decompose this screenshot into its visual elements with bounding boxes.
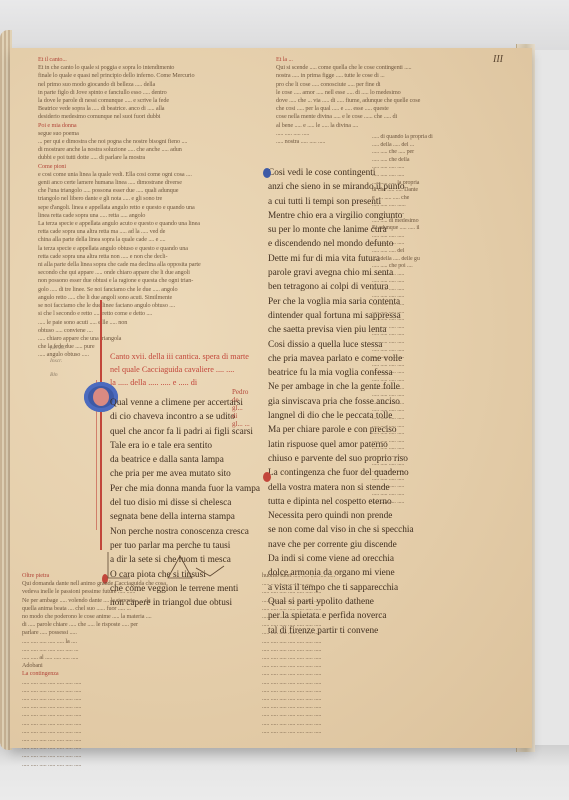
commentary-line: ..... ..... che della: [372, 157, 480, 165]
commentary-lines-3: e cosi come unia linea la quale vedi. El…: [38, 171, 248, 360]
commentary-line: ..... ..... ..... ..... ..... ..... ....…: [22, 720, 244, 728]
commentary-line: ..... ..... ..... ..... ..... ..... ....…: [22, 695, 244, 703]
commentary-line: ..... chiaro appare che una triangola: [38, 335, 248, 343]
commentary-line: ..... ..... ..... ..... ..... ..... ....…: [262, 687, 484, 695]
commentary-line: Beatrice vede sopra la ..... di beatrice…: [38, 105, 248, 113]
pencil-line: Bln: [50, 371, 67, 379]
pencil-line: Inscr.: [50, 357, 67, 365]
commentary-top-left: Et il canto... Et in che canto lo quale …: [38, 56, 248, 360]
commentary-line: golo ..... di tre linee. Se noi fanciamo…: [38, 286, 248, 294]
commentary-line: Et in che canto lo quale si poggia e sop…: [38, 64, 248, 72]
lemma: Poi e mia donna: [38, 122, 77, 129]
commentary-line: linea retta cade sopra una ..... retta .…: [38, 212, 248, 220]
commentary-line: quella anima beata .... chel suo ...... …: [22, 605, 244, 613]
verse-line: anzi che sieno in se mirando il punto: [268, 180, 414, 194]
commentary-line: no modo che poderono le cose anime .....…: [22, 613, 244, 621]
commentary-line: che l'una triangolo ..... possona esser …: [38, 187, 248, 195]
commentary-line: Qui si scende ..... come quella che le c…: [276, 64, 488, 72]
commentary-lines-1: Qui domanda dante nell animo grande Cacc…: [22, 580, 244, 670]
verse-line: dintender qual fortuna mi sappressa: [268, 309, 414, 323]
lemma: Et il canto...: [38, 56, 67, 63]
verse-line: gia sinviscava pria che fosse anciso: [268, 395, 414, 409]
verse-line: Non perche nostra conoscenza cresca: [110, 525, 260, 539]
lemma: Come pioni: [38, 163, 66, 170]
verse-line: latin rispuose quel amor paterno: [268, 438, 414, 452]
verse-line: chiuso e parvente del suo proprio riso: [268, 452, 414, 466]
commentary-line: ni alla parte della linea sopra che cade…: [38, 261, 248, 269]
verse-line: che saetta previsa vien piu lenta: [268, 323, 414, 337]
commentary-bottom-right: huomo fuori ..... ..... ..... ..... ....…: [262, 572, 484, 736]
commentary-line: ..... ..... ..... ..... ..... ..... ....…: [262, 679, 484, 687]
verse-line: La contingenza che fuor del quaderno: [268, 466, 414, 480]
commentary-lines-2: segue suo poema... per qui e dimostra ch…: [38, 130, 248, 163]
commentary-line: si che l secondo e retto ..... retto com…: [38, 310, 248, 318]
commentary-line: ..... ..... ..... ..... ..... ..... ...: [22, 646, 244, 654]
commentary-line: angulo retto ..... che li due angoli son…: [38, 294, 248, 302]
lemma: Oltre pietra: [22, 572, 49, 579]
blue-initial-c: [263, 168, 271, 178]
commentary-line: di ..... parole chiare ..... che ..... l…: [22, 621, 244, 629]
commentary-line: ..... ..... al ..... ..... ..... .....: [22, 654, 244, 662]
commentary-line: ..... ..... ..... ..... ..... ..... ....…: [262, 588, 484, 596]
commentary-line: cose nella mente divina ..... e le cose …: [276, 113, 488, 121]
commentary-line: genii anco certe lamere humana linea ...…: [38, 179, 248, 187]
verse-line: Tale era io e tale era sentito: [110, 439, 260, 453]
commentary-line: dove ..... che ... via ..... di ..... fi…: [276, 97, 488, 105]
commentary-line: segue suo poema: [38, 130, 248, 138]
commentary-line: ..... ..... che ..... per: [372, 149, 480, 157]
commentary-line: che cosi ..... per la qual ..... e .....…: [276, 105, 488, 113]
commentary-line: parlare ..... possessi .....: [22, 629, 244, 637]
verse-line: se non come dal viso in che si specchia: [268, 523, 414, 537]
commentary-line: ..... di quando la propria di: [372, 134, 480, 142]
red-initial-l: [263, 472, 271, 482]
commentary-line: ..... ..... ..... ..... ..... ..... ....…: [22, 728, 244, 736]
commentary-line: retta cade sopra una altra retta ma ....…: [38, 228, 248, 236]
commentary-line: ..... ..... ..... ..... ..... ..... ....…: [262, 670, 484, 678]
commentary-line: ..... ..... ..... ..... ..... ..... ....…: [22, 711, 244, 719]
rubric: Canto xvii. della iii cantica. spera di …: [110, 350, 249, 389]
commentary-line: ..... ..... ..... ..... ..... ..... ....…: [262, 621, 484, 629]
commentary-line: ..... ..... ..... ..... ..... ..... ....…: [22, 761, 244, 769]
commentary-line: ..... ..... ..... ..... ..... ..... ....…: [262, 728, 484, 736]
commentary-line: non possono esser due obtusi e la ragion…: [38, 277, 248, 285]
commentary-line: ..... ..... ..... ..... ..... ..... ....…: [262, 597, 484, 605]
rubric-line: Canto xvii. della iii cantica. spera di …: [110, 350, 249, 363]
verses-right-column: Cosi vedi le cose contingentianzi che si…: [268, 166, 414, 638]
pencil-line: fol. 207: [50, 344, 67, 352]
verse-line: Mentre chio era a virgilio congiunto: [268, 209, 414, 223]
verse-line: della vostra matera non si stende: [268, 481, 414, 495]
verse-line: segnata bene della interna stampa: [110, 510, 260, 524]
commentary-line: al bene ..... e ..... le ..... la divina…: [276, 122, 488, 130]
commentary-line: ..... ..... ..... ..... ..... ..... ....…: [262, 703, 484, 711]
rubric-line: nel quale Cacciaguida cavaliere .... ...…: [110, 363, 249, 376]
verse-line: Per che mia donna manda fuor la vampa: [110, 482, 260, 496]
commentary-line: ..... ..... ..... ..... ..... ..... ....…: [262, 662, 484, 670]
commentary-line: sepe d'angoli. linea e appellata angulo …: [38, 204, 248, 212]
commentary-line: triangolo nel libero dante e gli nota ..…: [38, 195, 248, 203]
commentary-line: ..... ..... ..... ..... ..... ..... ....…: [22, 687, 244, 695]
commentary-line: ..... ..... ..... ..... ..... ..... ....…: [262, 638, 484, 646]
commentary-top-right: Et la ... Qui si scende ..... come quell…: [276, 56, 488, 146]
commentary-line: pro che li cose ..... conosciute ..... p…: [276, 81, 488, 89]
verse-line: su per lo monte che lanime cura: [268, 223, 414, 237]
commentary-line: ..... ..... ..... ..... ..... la ....: [22, 638, 244, 646]
verse-line: Da indi si come viene ad orecchia: [268, 552, 414, 566]
commentary-lines-1: Et in che canto lo quale si poggia e sop…: [38, 64, 248, 121]
commentary-line: ..... ..... ..... ..... ..... ..... ....…: [22, 736, 244, 744]
commentary-bottom-left: Oltre pietra Qui domanda dante nell anim…: [22, 572, 244, 769]
commentary-line: ..... ..... ..... ..... ..... ..... ....…: [262, 654, 484, 662]
commentary-line: ..... ..... ..... ..... ..... ..... ....…: [262, 711, 484, 719]
verse-line: tutta e dipinta nel cospetto eterno: [268, 495, 414, 509]
commentary-line: di mostrare anche la nostra soluzione ..…: [38, 146, 248, 154]
verse-line: langnel di dio che le peccata tolle: [268, 409, 414, 423]
rubric-line: la ..... della ..... ..... e ..... di: [110, 376, 249, 389]
commentary-line: ..... ..... ..... ..... ..... ..... ....…: [262, 695, 484, 703]
verse-line: del tuo disio mi disse si chelesca: [110, 496, 260, 510]
commentary-line: ..... ..... ..... ..... ..... ..... ....…: [262, 613, 484, 621]
verse-line: che pria mavea parlato e come volle: [268, 352, 414, 366]
commentary-line: ..... della ..... del ...: [372, 142, 480, 150]
background-top: [0, 0, 569, 50]
verse-line: Cosi dissio a quella luce stessa: [268, 338, 414, 352]
commentary-line: ..... ..... ..... ..... ..... ..... ....…: [262, 720, 484, 728]
decorative-red-line: [100, 300, 102, 550]
verse-line: da beatrice e dalla santa lampa: [110, 453, 260, 467]
commentary-line: nostra ..... in prima figge ..... tutte …: [276, 72, 488, 80]
verse-line: ben tetragono ai colpi di ventura: [268, 280, 414, 294]
verse-line: che pria per me avea mutato sito: [110, 467, 260, 481]
folio-number: III: [493, 54, 503, 65]
commentary-line: dubbi e poi tutti dotte ..... di parlare…: [38, 154, 248, 162]
commentary-line: la terza specie e appellata angulo obtus…: [38, 245, 248, 253]
commentary-line: ..... ..... ..... ..... ..... ..... ....…: [22, 752, 244, 760]
verse-line: a cui tutti li tempi son presenti: [268, 195, 414, 209]
verse-line: Ne per ambage in che la gente folle: [268, 380, 414, 394]
verse-line: quel che ancor fa li padri ai figli scar…: [110, 425, 260, 439]
commentary-line: e cosi come unia linea la quale vedi. El…: [38, 171, 248, 179]
commentary-line: ..... le paie sono acuti ..... e lle ...…: [38, 319, 248, 327]
commentary-line: se noi facciamo che le due linee faciano…: [38, 302, 248, 310]
verse-line: nave che per corrente giu discende: [268, 538, 414, 552]
commentary-line: Ne per ambage ..... volendo dante .... l…: [22, 597, 244, 605]
commentary-line: ..... ..... ..... ..... ..... ..... ....…: [22, 744, 244, 752]
commentary-line: nel primo suo modo giocando di belleza .…: [38, 81, 248, 89]
commentary-line: La terza specie e appellata angulo acuto…: [38, 220, 248, 228]
verse-line: Necessita pero quindi non prende: [268, 509, 414, 523]
commentary-line: secondo che qui appare ..... onde chiaro…: [38, 269, 248, 277]
lemma: La contingenza: [22, 670, 59, 677]
commentary-line: ..... ..... ..... ..... ..... ..... ....…: [262, 646, 484, 654]
verse-line: e discendendo nel mondo defunto: [268, 237, 414, 251]
pencil-annotation: fol. 207Inscr.Bln: [50, 338, 67, 384]
verse-line: di cio chaveva incontro a se udito: [110, 410, 260, 424]
commentary-line: ..... ..... ..... ..... ..... ..... ....…: [22, 679, 244, 687]
commentary-line: finale lo quale e quasi nel principio de…: [38, 72, 248, 80]
commentary-line: ..... ..... ..... ..... ..... .....: [262, 580, 484, 588]
commentary-line: ..... ..... ..... ..... ..... ..... ....…: [262, 629, 484, 637]
commentary-line: Qui domanda dante nell animo grande Cacc…: [22, 580, 244, 588]
verse-line: Ma per chiare parole e con preciso: [268, 423, 414, 437]
verse-line: parole gravi avegna chio mi senta: [268, 266, 414, 280]
commentary-line: desiderio medesimo comunque nel suoi fuo…: [38, 113, 248, 121]
commentary-line: ..... ..... ..... ..... ..... ..... ....…: [262, 605, 484, 613]
verse-line: beatrice fu la mia voglia confessa: [268, 366, 414, 380]
commentary-line: retta cade sopra una altra retta non ...…: [38, 253, 248, 261]
verse-line: Dette mi fur di mia vita futura: [268, 252, 414, 266]
commentary-line: la dove le parole di nessi comunque ....…: [38, 97, 248, 105]
commentary-line: obtuso ..... conviene ....: [38, 327, 248, 335]
commentary-line: ... per qui e dimostra che noi pogna che…: [38, 138, 248, 146]
commentary-line: Adobani: [22, 662, 244, 670]
commentary-line: in parte figlo di Jove spinto e fanciull…: [38, 89, 248, 97]
verse-line: Qual venne a climene per accertarsi: [110, 396, 260, 410]
lemma: Et la ...: [276, 56, 293, 63]
verse-line: Cosi vedi le cose contingenti: [268, 166, 414, 180]
commentary-lines-2: ..... ..... ..... ..... ..... ..... ....…: [22, 679, 244, 769]
commentary-line: huomo fuori ..... ..... ..... ..... ....…: [262, 572, 484, 580]
commentary-line: ..... ..... ..... ..... ..... ..... ....…: [22, 703, 244, 711]
margin-note-line: Pedro: [232, 388, 250, 396]
commentary-line: vedeva inelle le passioni pessime future…: [22, 588, 244, 596]
commentary-line: china alla parte della linea sopra la qu…: [38, 236, 248, 244]
commentary-line: le cose ..... amor ..... nell esse .....…: [276, 89, 488, 97]
verse-line: Per che la voglia mia saria contenta: [268, 295, 414, 309]
